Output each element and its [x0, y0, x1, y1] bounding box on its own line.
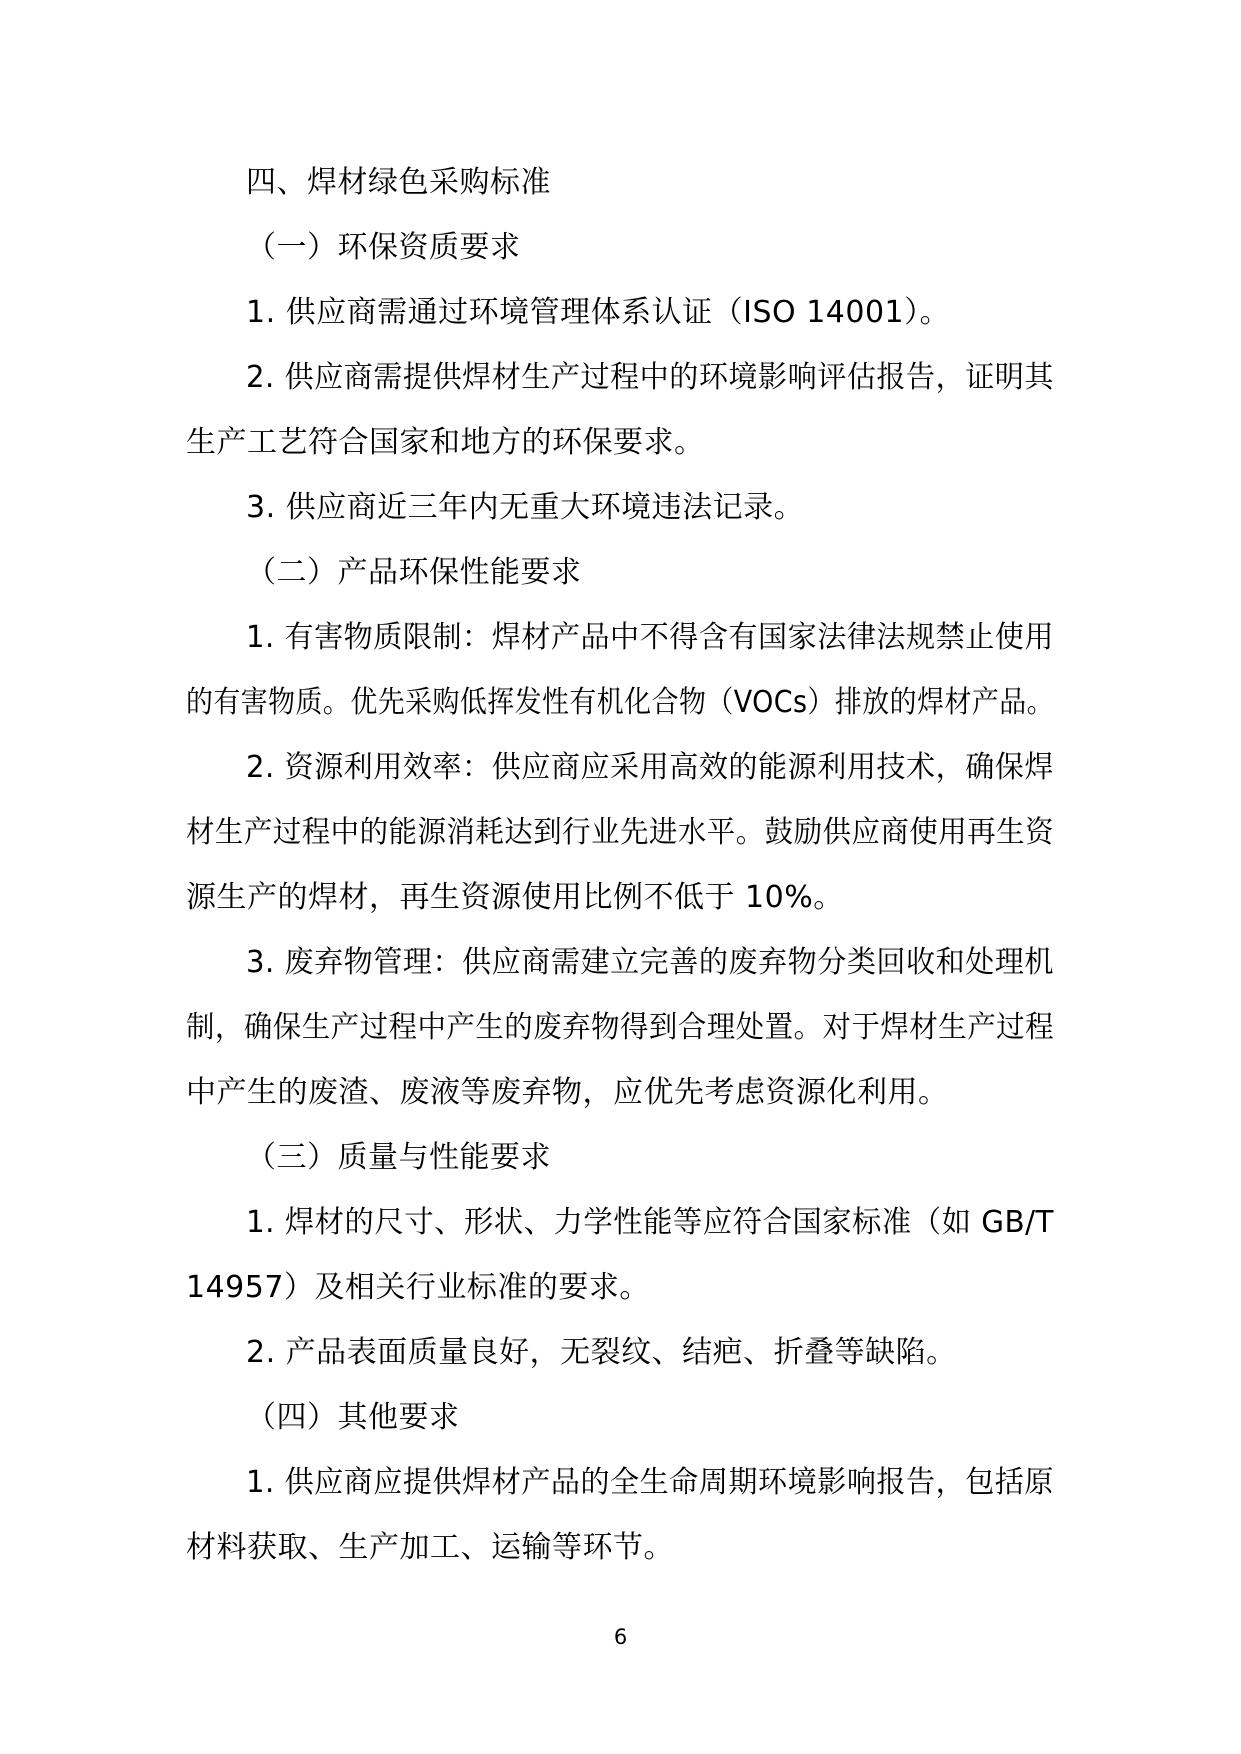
- text-line: 制，确保生产过程中产生的废弃物得到合理处置。对于焊材生产过程: [186, 995, 1054, 1060]
- text-line: 的有害物质。优先采购低挥发性有机化合物（VOCs）排放的焊材产品。: [186, 670, 1054, 735]
- text-line: （一）环保资质要求: [186, 215, 1054, 280]
- text-line: 中产生的废渣、废液等废弃物，应优先考虑资源化利用。: [186, 1060, 1054, 1125]
- text-line: 2. 产品表面质量良好，无裂纹、结疤、折叠等缺陷。: [186, 1320, 1054, 1385]
- text-line: 材料获取、生产加工、运输等环节。: [186, 1515, 1054, 1580]
- text-line: （二）产品环保性能要求: [186, 540, 1054, 605]
- page-footer: 6: [0, 1622, 1241, 1652]
- text-line: 材生产过程中的能源消耗达到行业先进水平。鼓励供应商使用再生资: [186, 800, 1054, 865]
- text-line: 3. 供应商近三年内无重大环境违法记录。: [186, 475, 1054, 540]
- text-line: 14957）及相关行业标准的要求。: [186, 1255, 1054, 1320]
- text-line: 1. 焊材的尺寸、形状、力学性能等应符合国家标准（如 GB/T: [186, 1190, 1054, 1255]
- text-line: （四）其他要求: [186, 1385, 1054, 1450]
- document-page: 四、焊材绿色采购标准（一）环保资质要求1. 供应商需通过环境管理体系认证（ISO…: [0, 0, 1241, 1754]
- text-block: 四、焊材绿色采购标准（一）环保资质要求1. 供应商需通过环境管理体系认证（ISO…: [186, 150, 1054, 1580]
- text-line: 生产工艺符合国家和地方的环保要求。: [186, 410, 1054, 475]
- text-line: 1. 供应商应提供焊材产品的全生命周期环境影响报告，包括原: [186, 1450, 1054, 1515]
- text-line: 3. 废弃物管理：供应商需建立完善的废弃物分类回收和处理机: [186, 930, 1054, 995]
- text-line: 2. 资源利用效率：供应商应采用高效的能源利用技术，确保焊: [186, 735, 1054, 800]
- text-line: 2. 供应商需提供焊材生产过程中的环境影响评估报告，证明其: [186, 345, 1054, 410]
- text-line: 源生产的焊材，再生资源使用比例不低于 10%。: [186, 865, 1054, 930]
- text-line: （三）质量与性能要求: [186, 1125, 1054, 1190]
- text-line: 四、焊材绿色采购标准: [186, 150, 1054, 215]
- text-line: 1. 有害物质限制：焊材产品中不得含有国家法律法规禁止使用: [186, 605, 1054, 670]
- page-number: 6: [614, 1625, 627, 1649]
- text-line: 1. 供应商需通过环境管理体系认证（ISO 14001）。: [186, 280, 1054, 345]
